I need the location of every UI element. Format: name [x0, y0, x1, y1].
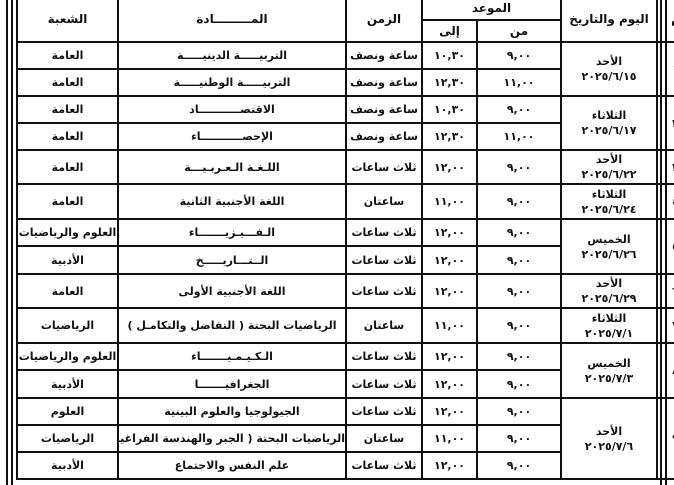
time-from: ٩,٠٠ [477, 246, 561, 274]
subject: اللـغـة الـعـربـيـــة [118, 150, 346, 184]
table-row: ٩الأحد٢٠٢٥/٧/٦٩,٠٠١٢,٠٠ثلاث ساعاتالجيولو… [17, 398, 674, 425]
day-date-cell: الأحد٢٠٢٥/٦/٢٩ [561, 274, 657, 308]
time-to: ١١,٠٠ [422, 184, 477, 219]
branch: الرياضيات [17, 308, 118, 343]
day-date-cell: الخميس٢٠٢٥/٧/٣ [561, 343, 657, 398]
day-name: الثلاثاء [562, 187, 656, 202]
time-to: ١٢,٠٠ [422, 219, 477, 246]
branch: العامة [17, 123, 118, 150]
day-number: ٦ [657, 274, 674, 308]
day-name: الأحد [562, 54, 656, 69]
subject: الجغرافيـــــــا [118, 370, 346, 398]
time-from: ٩,٠٠ [477, 219, 561, 246]
branch: العامة [17, 274, 118, 308]
day-name: الخميس [562, 356, 656, 371]
day-date-cell: الثلاثاء٢٠٢٥/٦/٢٤ [561, 184, 657, 219]
time-to: ١٢,٠٠ [422, 343, 477, 370]
day-date-cell: الثلاثاء٢٠٢٥/٧/١ [561, 308, 657, 343]
branch: العامة [17, 184, 118, 219]
subject: التربيـــــة الدينيـــــة [118, 42, 346, 69]
time-from: ٩,٠٠ [477, 184, 561, 219]
time-to: ١٢,٣٠ [422, 123, 477, 150]
exam-date: ٢٠٢٥/٧/١ [562, 326, 656, 341]
branch: الرياضيات [17, 425, 118, 452]
time-from: ٩,٠٠ [477, 274, 561, 308]
day-number: ٢ [657, 96, 674, 150]
duration: ثلاث ساعات [346, 274, 422, 308]
time-from: ٩,٠٠ [477, 452, 561, 479]
table-row: ٣الأحد٢٠٢٥/٦/٢٢٩,٠٠١٢,٠٠ثلاث ساعاتاللـغـ… [17, 150, 674, 184]
duration: ثلاث ساعات [346, 398, 422, 425]
table-row: ٧الثلاثاء٢٠٢٥/٧/١٩,٠٠١١,٠٠ساعتانالرياضيا… [17, 308, 674, 343]
day-date-cell: الأحد٢٠٢٥/٧/٦ [561, 398, 657, 479]
header-time-group: الموعد [422, 0, 561, 20]
exam-date: ٢٠٢٥/٦/٢٢ [562, 167, 656, 182]
day-number: ٣ [657, 150, 674, 184]
time-from: ٩,٠٠ [477, 398, 561, 425]
time-to: ١٢,٠٠ [422, 246, 477, 274]
time-to: ١١,٠٠ [422, 425, 477, 452]
duration: ثلاث ساعات [346, 370, 422, 398]
header-to: إلى [422, 20, 477, 42]
subject: التربيـــــة الوطنيـــــة [118, 69, 346, 96]
exam-date: ٢٠٢٥/٧/٣ [562, 371, 656, 386]
time-to: ١٢,٠٠ [422, 452, 477, 479]
header-day-date: اليوم والتاريخ [561, 0, 657, 42]
table-row: ٤الثلاثاء٢٠٢٥/٦/٢٤٩,٠٠١١,٠٠ساعتاناللغة ا… [17, 184, 674, 219]
subject: الرياضيات البحتة ( الجبر والهندسة الفراغ… [118, 425, 346, 452]
branch: العامة [17, 42, 118, 69]
day-number: ٤ [657, 184, 674, 219]
time-to: ١٢,٠٠ [422, 370, 477, 398]
duration: ساعتان [346, 184, 422, 219]
day-number: ٨ [657, 343, 674, 398]
exam-date: ٢٠٢٥/٧/٦ [562, 439, 656, 454]
duration: ثلاث ساعات [346, 150, 422, 184]
time-to: ١٠,٣٠ [422, 42, 477, 69]
header-branch: الشعبة [17, 0, 118, 42]
page-frame: م اليوم والتاريخ الموعد الزمن المـــــــ… [0, 0, 674, 485]
duration: ساعة ونصف [346, 123, 422, 150]
table-row: ٢الثلاثاء٢٠٢٥/٦/١٧٩,٠٠١٠,٣٠ساعة ونصفالاق… [17, 96, 674, 123]
header-subject: المـــــــــادة [118, 0, 346, 42]
table-row: ١الأحد٢٠٢٥/٦/١٥٩,٠٠١٠,٣٠ساعة ونصفالتربيـ… [17, 42, 674, 69]
table-row: ٦الأحد٢٠٢٥/٦/٢٩٩,٠٠١٢,٠٠ثلاث ساعاتاللغة … [17, 274, 674, 308]
branch: الأدبية [17, 370, 118, 398]
duration: ثلاث ساعات [346, 452, 422, 479]
time-from: ٩,٠٠ [477, 343, 561, 370]
exam-date: ٢٠٢٥/٦/٢٤ [562, 202, 656, 217]
day-date-cell: الأحد٢٠٢٥/٦/٢٢ [561, 150, 657, 184]
day-number: ١ [657, 42, 674, 96]
time-from: ٩,٠٠ [477, 150, 561, 184]
exam-date: ٢٠٢٥/٦/٢٦ [562, 247, 656, 262]
branch: الأدبية [17, 246, 118, 274]
day-name: الثلاثاء [562, 311, 656, 326]
exam-date: ٢٠٢٥/٦/١٥ [562, 69, 656, 84]
time-from: ١١,٠٠ [477, 123, 561, 150]
branch: العلوم والرياضيات [17, 343, 118, 370]
day-number: ٥ [657, 219, 674, 274]
subject: الإحصـــــــــــاء [118, 123, 346, 150]
duration: ثلاث ساعات [346, 343, 422, 370]
time-from: ٩,٠٠ [477, 42, 561, 69]
subject: اللغة الأجنبية الأولى [118, 274, 346, 308]
duration: ساعتان [346, 308, 422, 343]
duration: ساعة ونصف [346, 42, 422, 69]
header-from: من [477, 20, 561, 42]
time-to: ١٢,٠٠ [422, 274, 477, 308]
subject: الـفـــيـزيـــــــاء [118, 219, 346, 246]
branch: العلوم [17, 398, 118, 425]
day-number: ٩ [657, 398, 674, 479]
day-name: الخميس [562, 232, 656, 247]
header-duration: الزمن [346, 0, 422, 42]
day-date-cell: الخميس٢٠٢٥/٦/٢٦ [561, 219, 657, 274]
day-name: الأحد [562, 424, 656, 439]
day-date-cell: الأحد٢٠٢٥/٦/١٥ [561, 42, 657, 96]
exam-date: ٢٠٢٥/٦/٢٩ [562, 291, 656, 306]
subject: علم النفس والاجتماع [118, 452, 346, 479]
time-to: ١٢,٠٠ [422, 150, 477, 184]
time-to: ١٠,٣٠ [422, 96, 477, 123]
branch: العامة [17, 69, 118, 96]
subject: الرياضيات البحتة ( التفاضل والتكامـل ) [118, 308, 346, 343]
time-to: ١١,٠٠ [422, 308, 477, 343]
schedule-body: ١الأحد٢٠٢٥/٦/١٥٩,٠٠١٠,٣٠ساعة ونصفالتربيـ… [17, 42, 674, 479]
duration: ساعة ونصف [346, 96, 422, 123]
table-row: ٨الخميس٢٠٢٥/٧/٣٩,٠٠١٢,٠٠ثلاث ساعاتالـكـي… [17, 343, 674, 370]
branch: الأدبية [17, 452, 118, 479]
day-number: ٧ [657, 308, 674, 343]
time-from: ٩,٠٠ [477, 425, 561, 452]
subject: الـكـيـمـيـــــــاء [118, 343, 346, 370]
time-from: ٩,٠٠ [477, 370, 561, 398]
duration: ثلاث ساعات [346, 246, 422, 274]
branch: العامة [17, 96, 118, 123]
duration: ساعتان [346, 425, 422, 452]
exam-schedule-table: م اليوم والتاريخ الموعد الزمن المـــــــ… [16, 0, 674, 480]
duration: ثلاث ساعات [346, 219, 422, 246]
branch: العلوم والرياضيات [17, 219, 118, 246]
day-date-cell: الثلاثاء٢٠٢٥/٦/١٧ [561, 96, 657, 150]
time-from: ١١,٠٠ [477, 69, 561, 96]
branch: العامة [17, 150, 118, 184]
day-name: الأحد [562, 276, 656, 291]
time-to: ١٢,٠٠ [422, 398, 477, 425]
subject: الجيولوجيا والعلوم البينية [118, 398, 346, 425]
time-to: ١٢,٣٠ [422, 69, 477, 96]
table-row: ٥الخميس٢٠٢٥/٦/٢٦٩,٠٠١٢,٠٠ثلاث ساعاتالـفـ… [17, 219, 674, 246]
subject: الــتـــاريـــــخ [118, 246, 346, 274]
header-num: م [657, 0, 674, 42]
day-name: الثلاثاء [562, 108, 656, 123]
duration: ساعة ونصف [346, 69, 422, 96]
exam-date: ٢٠٢٥/٦/١٧ [562, 123, 656, 138]
day-name: الأحد [562, 152, 656, 167]
subject: اللغة الأجنبية الثانية [118, 184, 346, 219]
left-double-border [6, 0, 13, 485]
subject: الاقتصـــــــــــاد [118, 96, 346, 123]
time-from: ٩,٠٠ [477, 96, 561, 123]
time-from: ٩,٠٠ [477, 308, 561, 343]
